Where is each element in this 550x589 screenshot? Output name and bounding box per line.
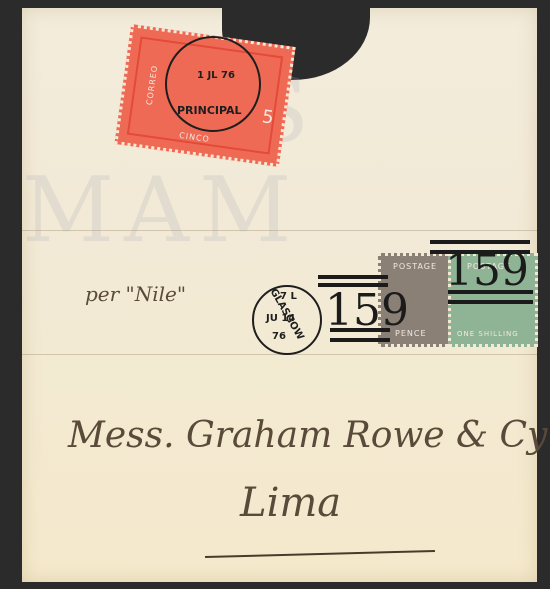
lima-postmark: 1 JL 76 PRINCIPAL — [165, 36, 261, 132]
glasgow-postmark: 7 L GLASGOW JU 14 76 — [252, 285, 322, 355]
duplex-number-left: 159 — [325, 285, 409, 336]
destination: Lima — [240, 480, 341, 526]
duplex-number-right: 159 — [445, 245, 529, 296]
show-through-text: MAM — [22, 158, 301, 263]
duplex-bars — [318, 275, 388, 279]
addressee: Mess. Graham Rowe & Cy — [68, 415, 547, 456]
routing-note: per "Nile" — [85, 282, 186, 306]
duplex-bars — [430, 240, 530, 244]
